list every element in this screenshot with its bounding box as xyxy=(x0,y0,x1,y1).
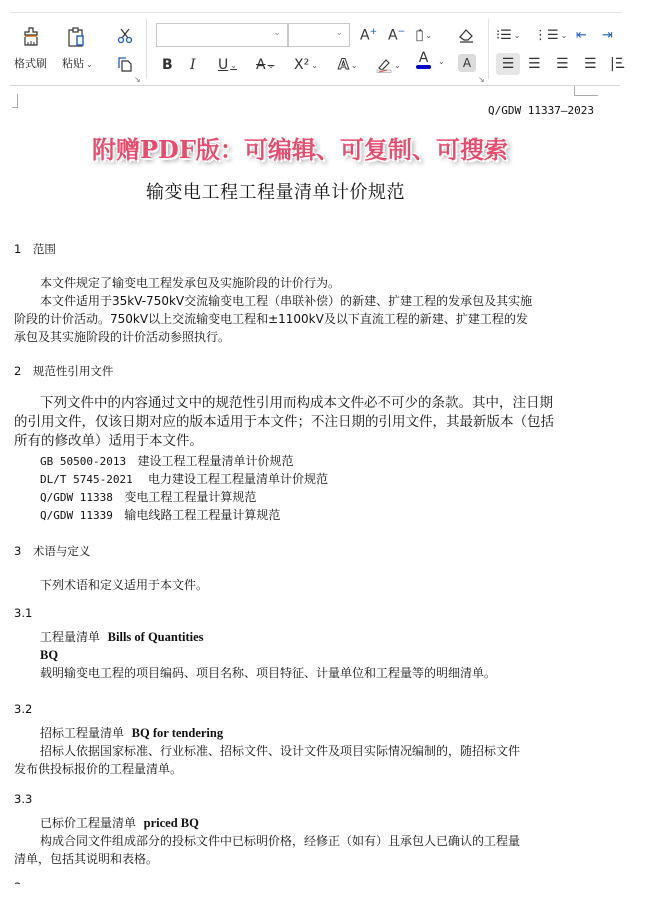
paragraph-group: ⁝☰⌄ ⋮☰⌄ ⇤ ⇥ ☰ ☰ ☰ ☰ |☰ xyxy=(490,13,628,87)
term-title: 招标工程量清单 BQ for tendering xyxy=(40,724,223,742)
cut-button[interactable] xyxy=(114,25,136,47)
eraser-icon xyxy=(458,27,474,43)
superscript-button[interactable]: X²⌄ xyxy=(294,54,318,76)
strikethrough-button[interactable]: A⌄ xyxy=(256,54,274,76)
paragraph: 所有的修改单）适用于本文件。 xyxy=(14,432,203,451)
page-corner-mark xyxy=(12,94,18,108)
page-corner-mark xyxy=(574,86,598,96)
justify-button[interactable]: ☰ xyxy=(584,53,597,75)
highlighter-icon xyxy=(376,57,392,73)
paste-icon xyxy=(65,25,89,49)
paragraph: 本文件规定了输变电工程发承包及实施阶段的计价行为。 xyxy=(40,274,340,292)
watermark-banner: 附赠PDF版：可编辑、可复制、可搜索 xyxy=(92,130,508,165)
paragraph: 的引用文件，仅该日期对应的版本适用于本文件；不注日期的引用文件，其最新版本（包括 xyxy=(14,413,554,432)
justify-icon: ☰ xyxy=(584,56,597,72)
document-window: 格式刷 粘贴⌄ ↘ ⌄ ⌄ xyxy=(10,12,628,902)
font-color-button[interactable]: A xyxy=(416,51,431,73)
section-heading: 3 术语与定义 xyxy=(14,542,90,560)
reference-item: DL/T 5745-2021 电力建设工程工程量清单计价规范 xyxy=(40,470,328,489)
text-effects-icon: A xyxy=(338,57,349,73)
term-title: 已标价工程量清单 priced BQ xyxy=(40,814,199,832)
align-right-icon: ☰ xyxy=(556,56,569,72)
format-painter-label: 格式刷 xyxy=(14,55,47,71)
phonetic-guide-button[interactable]: 文̂⌄ xyxy=(416,24,432,46)
increase-indent-icon: ⇥ xyxy=(602,28,613,43)
term-number: 3.4 xyxy=(14,878,32,896)
font-color-dropdown-icon[interactable]: ⌄ xyxy=(438,57,445,66)
term-number: 3.3 xyxy=(14,790,32,808)
underline-button[interactable]: U⌄ xyxy=(218,54,237,76)
paste-label: 粘贴 xyxy=(62,57,84,70)
grow-font-icon: A+ xyxy=(360,27,377,44)
highlight-button[interactable]: ⌄ xyxy=(376,54,401,76)
numbering-icon: ⋮☰ xyxy=(534,28,559,43)
strikethrough-icon: A xyxy=(256,57,266,73)
term-definition: 载明输变电工程的项目编码、项目名称、项目特征、计量单位和工程量等的明细清单。 xyxy=(40,664,496,682)
term-title: 工程量清单 Bills of Quantities xyxy=(40,628,204,646)
document-title: 输变电工程工程量清单计价规范 xyxy=(146,178,405,204)
font-color-swatch xyxy=(416,65,431,69)
scissors-icon xyxy=(116,27,134,45)
shrink-font-button[interactable]: A− xyxy=(388,24,405,46)
format-painter-button[interactable]: 格式刷 xyxy=(14,25,47,71)
clipboard-dialog-launcher[interactable]: ↘ xyxy=(134,75,141,84)
term-number: 3.1 xyxy=(14,604,32,622)
font-group: ⌄ ⌄ A+ A− 文̂⌄ B I U⌄ A⌄ X²⌄ A⌄ ⌄ A xyxy=(148,13,488,87)
chevron-down-icon: ⌄ xyxy=(273,28,281,38)
grow-font-button[interactable]: A+ xyxy=(360,24,377,46)
copy-icon xyxy=(116,55,134,73)
term-definition: 构成合同文件组成部分的投标文件中已标明价格，经修正（如有）且承包人已确认的工程量 xyxy=(40,832,520,850)
copy-button[interactable] xyxy=(114,53,136,75)
char-shading-button[interactable]: A xyxy=(458,54,476,72)
numbering-button[interactable]: ⋮☰⌄ xyxy=(534,24,567,46)
term-number: 3.2 xyxy=(14,700,32,718)
separator xyxy=(488,19,489,79)
decrease-indent-icon: ⇤ xyxy=(576,28,587,43)
clear-format-button[interactable] xyxy=(458,24,474,46)
paragraph: 阶段的计价活动。750kV以上交流输变电工程和±1100kV及以下直流工程的新建… xyxy=(14,310,528,328)
standard-code: Q/GDW 11337—2023 xyxy=(488,104,594,117)
paragraph: 本文件适用于35kV-750kV交流输变电工程（串联补偿）的新建、扩建工程的发承… xyxy=(40,292,532,310)
align-center-icon: ☰ xyxy=(528,56,541,72)
italic-button[interactable]: I xyxy=(190,54,196,76)
term-definition: 清单，包括其说明和表格。 xyxy=(14,850,158,868)
reference-item: Q/GDW 11339 输电线路工程工程量计算规范 xyxy=(40,506,280,525)
font-dialog-launcher[interactable]: ↘ xyxy=(478,75,485,84)
format-painter-icon xyxy=(19,25,43,49)
distributed-button[interactable]: |☰ xyxy=(610,53,627,75)
font-name-select[interactable]: ⌄ xyxy=(156,23,288,47)
shrink-font-icon: A− xyxy=(388,27,405,44)
clipboard-group: 格式刷 粘贴⌄ ↘ xyxy=(10,13,142,87)
align-center-button[interactable]: ☰ xyxy=(528,53,541,75)
text-effects-button[interactable]: A⌄ xyxy=(338,54,358,76)
decrease-indent-button[interactable]: ⇤ xyxy=(576,24,587,46)
bold-button[interactable]: B xyxy=(162,54,173,76)
term-abbreviation: BQ xyxy=(40,646,58,664)
paragraph: 下列术语和定义适用于本文件。 xyxy=(40,576,208,594)
paragraph: 下列文件中的内容通过文中的规范性引用而构成本文件必不可少的条款。其中，注日期 xyxy=(40,394,553,413)
term-title: 分部分项工程 ... and trades xyxy=(40,900,189,918)
align-left-icon: ☰ xyxy=(502,56,515,72)
paragraph: 承包及其实施阶段的计价活动参照执行。 xyxy=(14,328,230,346)
align-right-button[interactable]: ☰ xyxy=(556,53,569,75)
phonetic-guide-icon: 文̂ xyxy=(416,28,423,42)
section-heading: 1 范围 xyxy=(14,240,56,258)
ribbon-toolbar: 格式刷 粘贴⌄ ↘ ⌄ ⌄ xyxy=(10,12,628,86)
chevron-down-icon: ⌄ xyxy=(335,28,343,38)
paste-dropdown-icon[interactable]: ⌄ xyxy=(86,60,93,69)
document-page[interactable]: Q/GDW 11337—2023 附赠PDF版：可编辑、可复制、可搜索 输变电工… xyxy=(10,86,628,916)
align-left-button[interactable]: ☰ xyxy=(496,53,520,75)
separator xyxy=(146,19,147,79)
distributed-icon: |☰ xyxy=(610,56,627,72)
bullets-button[interactable]: ⁝☰⌄ xyxy=(496,24,521,46)
bullets-icon: ⁝☰ xyxy=(496,28,512,43)
reference-item: Q/GDW 11338 变电工程工程量计算规范 xyxy=(40,488,256,507)
section-heading: 2 规范性引用文件 xyxy=(14,362,113,380)
paste-button[interactable]: 粘贴⌄ xyxy=(62,25,93,71)
font-size-select[interactable]: ⌄ xyxy=(288,23,350,47)
term-definition: 发布供投标报价的工程量清单。 xyxy=(14,760,182,778)
term-definition: 招标人依据国家标准、行业标准、招标文件、设计文件及项目实际情况编制的，随招标文件 xyxy=(40,742,520,760)
increase-indent-button[interactable]: ⇥ xyxy=(602,24,613,46)
reference-item: GB 50500-2013 建设工程工程量清单计价规范 xyxy=(40,452,294,471)
